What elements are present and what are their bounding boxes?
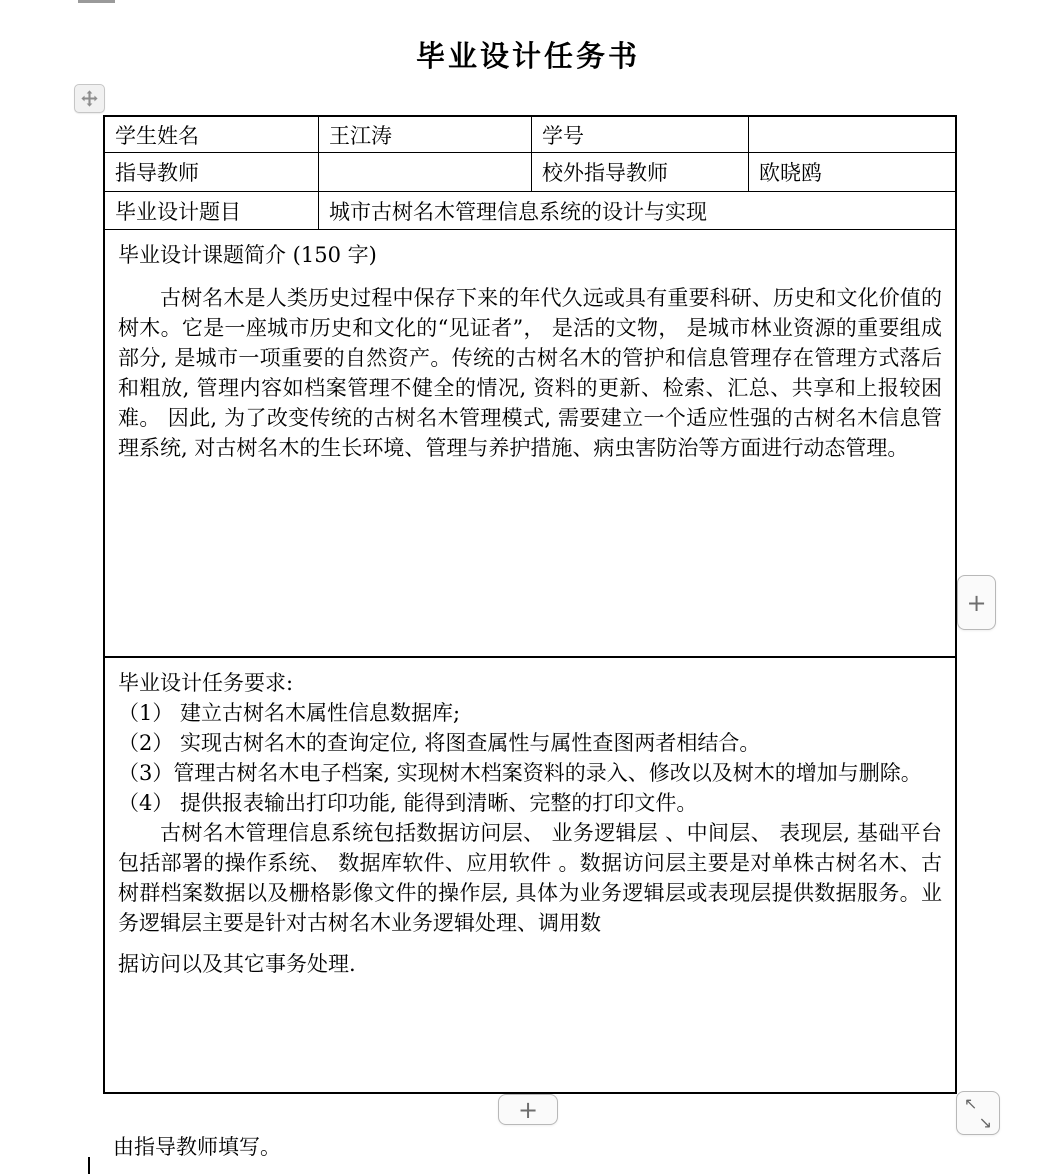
advisor-value[interactable]: [319, 153, 532, 192]
intro-heading: 毕业设计课题简介 (150 字): [118, 240, 942, 270]
footer-note: 由指导教师填写。: [113, 1131, 281, 1161]
topic-label: 毕业设计题目: [105, 192, 319, 230]
requirement-item: （1） 建立古树名木属性信息数据库;: [118, 698, 942, 728]
resize-arrow-se-icon: ↘: [979, 1113, 992, 1132]
requirements-paragraph: 古树名木管理信息系统包括数据访问层、 业务逻辑层 、中间层、 表现层, 基础平台…: [118, 818, 942, 938]
table-move-handle[interactable]: [74, 84, 105, 113]
student-id-label: 学号: [532, 117, 749, 153]
top-edge-marker: [78, 0, 115, 3]
plus-icon: +: [518, 1096, 538, 1124]
student-id-value[interactable]: [749, 117, 955, 153]
requirement-item: （4） 提供报表输出打印功能, 能得到清晰、完整的打印文件。: [118, 788, 942, 818]
document-page: 毕业设计任务书 学生姓名 王江涛 学号 指导教师 校外指导教师 欧晓鸥 毕业设计…: [0, 0, 1056, 1174]
table-resize-handle[interactable]: ↖ ↘: [956, 1091, 1000, 1135]
requirements-heading: 毕业设计任务要求:: [118, 668, 942, 698]
advisor-label: 指导教师: [105, 153, 319, 192]
requirements-section[interactable]: 毕业设计任务要求: （1） 建立古树名木属性信息数据库; （2） 实现古树名木的…: [105, 658, 955, 1092]
task-form-table: 学生姓名 王江涛 学号 指导教师 校外指导教师 欧晓鸥 毕业设计题目 城市古树名…: [103, 115, 957, 1094]
requirement-item: （3）管理古树名木电子档案, 实现树木档案资料的录入、修改以及树木的增加与删除。: [118, 758, 942, 788]
student-name-value[interactable]: 王江涛: [319, 117, 532, 153]
intro-paragraph: 古树名木是人类历史过程中保存下来的年代久远或具有重要科研、历史和文化价值的树木。…: [118, 283, 942, 463]
requirements-paragraph-tail: 据访问以及其它事务处理.: [118, 949, 942, 979]
page-title: 毕业设计任务书: [0, 34, 1056, 75]
requirement-item: （2） 实现古树名木的查询定位, 将图查属性与属性查图两者相结合。: [118, 728, 942, 758]
topic-value[interactable]: 城市古树名木管理信息系统的设计与实现: [319, 192, 955, 230]
next-table-border-fragment: [88, 1157, 90, 1174]
external-advisor-value[interactable]: 欧晓鸥: [749, 153, 955, 192]
intro-section[interactable]: 毕业设计课题简介 (150 字) 古树名木是人类历史过程中保存下来的年代久远或具…: [105, 230, 955, 658]
student-name-label: 学生姓名: [105, 117, 319, 153]
add-column-button[interactable]: +: [957, 575, 996, 630]
move-icon: [80, 89, 99, 108]
external-advisor-label: 校外指导教师: [532, 153, 749, 192]
add-row-button[interactable]: +: [498, 1094, 558, 1125]
plus-icon: +: [966, 589, 986, 617]
resize-arrow-nw-icon: ↖: [964, 1094, 977, 1113]
